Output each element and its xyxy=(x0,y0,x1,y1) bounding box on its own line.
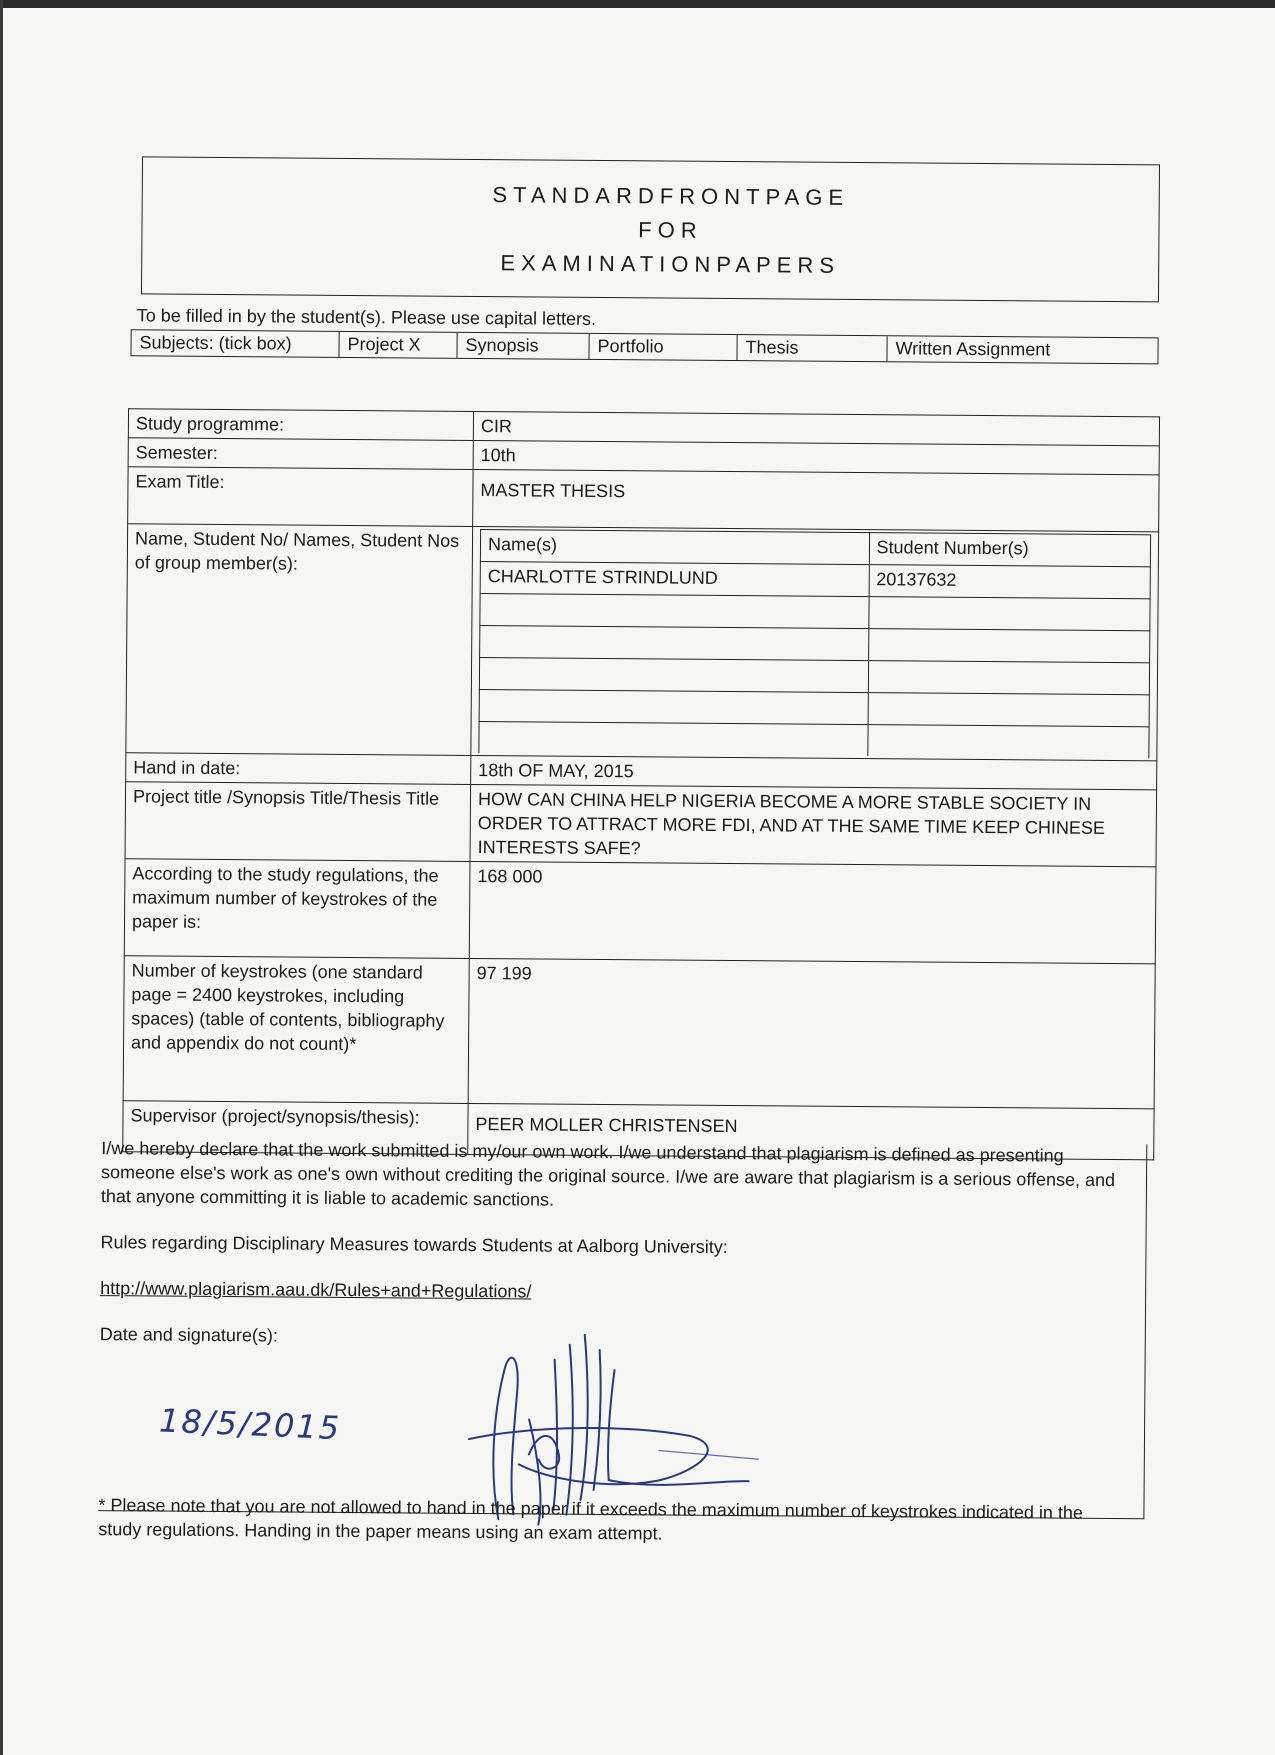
exam-form-table: Study programme: CIR Semester: 10th Exam… xyxy=(122,408,1160,1160)
member-name[interactable] xyxy=(479,658,868,693)
row-exam-title: Exam Title: MASTER THESIS xyxy=(128,467,1159,532)
subject-option-project[interactable]: Project X xyxy=(339,332,457,358)
row-max-keystrokes: According to the study regulations, the … xyxy=(124,859,1156,964)
row-project-title: Project title /Synopsis Title/Thesis Tit… xyxy=(125,782,1157,867)
title-line-3: EXAMINATIONPAPERS xyxy=(182,244,1158,286)
row-num-keystrokes: Number of keystrokes (one standard page … xyxy=(123,956,1155,1109)
exam-title-label: Exam Title: xyxy=(128,467,473,527)
subject-option-portfolio[interactable]: Portfolio xyxy=(589,334,737,360)
member-number[interactable] xyxy=(868,693,1150,727)
footnote: * Please note that you are not allowed t… xyxy=(98,1493,1108,1549)
member-row xyxy=(480,594,1150,631)
member-number[interactable] xyxy=(868,661,1150,695)
member-name[interactable] xyxy=(479,722,868,757)
max-keystrokes-value[interactable]: 168 000 xyxy=(469,861,1156,963)
member-name[interactable] xyxy=(479,690,868,725)
member-name[interactable]: CHARLOTTE STRINDLUND xyxy=(480,562,869,597)
max-keystrokes-label: According to the study regulations, the … xyxy=(124,859,470,959)
subjects-row: Subjects: (tick box) Project X Synopsis … xyxy=(130,329,1158,364)
member-number[interactable] xyxy=(868,597,1150,631)
subject-option-written-assignment[interactable]: Written Assignment xyxy=(887,336,1157,363)
numbers-header: Student Number(s) xyxy=(869,533,1151,567)
project-title-label: Project title /Synopsis Title/Thesis Tit… xyxy=(125,782,471,862)
project-title-value[interactable]: HOW CAN CHINA HELP NIGERIA BECOME A MORE… xyxy=(470,784,1157,866)
subjects-label: Subjects: (tick box) xyxy=(131,330,339,357)
document-page: STANDARDFRONTPAGE FOR EXAMINATIONPAPERS … xyxy=(0,0,1275,1755)
members-label: Name, Student No/ Names, Student Nos of … xyxy=(126,524,473,756)
member-number[interactable] xyxy=(868,629,1150,663)
members-table: Name(s) Student Number(s) CHARLOTTE STRI… xyxy=(478,529,1151,758)
num-keystrokes-value[interactable]: 97 199 xyxy=(468,958,1155,1108)
study-programme-label: Study programme: xyxy=(128,409,473,441)
member-number[interactable] xyxy=(867,725,1149,759)
handwritten-date: 18/5/2015 xyxy=(159,1408,342,1440)
subject-option-synopsis[interactable]: Synopsis xyxy=(457,333,589,359)
member-name[interactable] xyxy=(480,626,869,661)
member-number[interactable]: 20137632 xyxy=(869,565,1151,599)
num-keystrokes-label: Number of keystrokes (one standard page … xyxy=(123,956,469,1104)
member-row xyxy=(479,658,1149,695)
member-row: CHARLOTTE STRINDLUND 20137632 xyxy=(480,562,1150,599)
header-box: STANDARDFRONTPAGE FOR EXAMINATIONPAPERS xyxy=(141,156,1160,302)
member-name[interactable] xyxy=(480,594,869,629)
semester-label: Semester: xyxy=(128,438,473,470)
declaration-text: I/we hereby declare that the work submit… xyxy=(101,1136,1147,1216)
rules-link[interactable]: http://www.plagiarism.aau.dk/Rules+and+R… xyxy=(100,1278,531,1301)
member-row xyxy=(479,690,1149,727)
declaration-box: I/we hereby declare that the work submit… xyxy=(98,1136,1147,1519)
row-members: Name, Student No/ Names, Student Nos of … xyxy=(126,524,1159,761)
rules-text: Rules regarding Disciplinary Measures to… xyxy=(100,1230,1145,1262)
hand-in-date-label: Hand in date: xyxy=(126,753,471,785)
names-header: Name(s) xyxy=(480,530,869,565)
instruction-text: To be filled in by the student(s). Pleas… xyxy=(137,305,596,330)
exam-title-value[interactable]: MASTER THESIS xyxy=(473,469,1159,531)
member-row xyxy=(479,722,1149,759)
member-row xyxy=(480,626,1150,663)
subject-option-thesis[interactable]: Thesis xyxy=(737,335,887,361)
